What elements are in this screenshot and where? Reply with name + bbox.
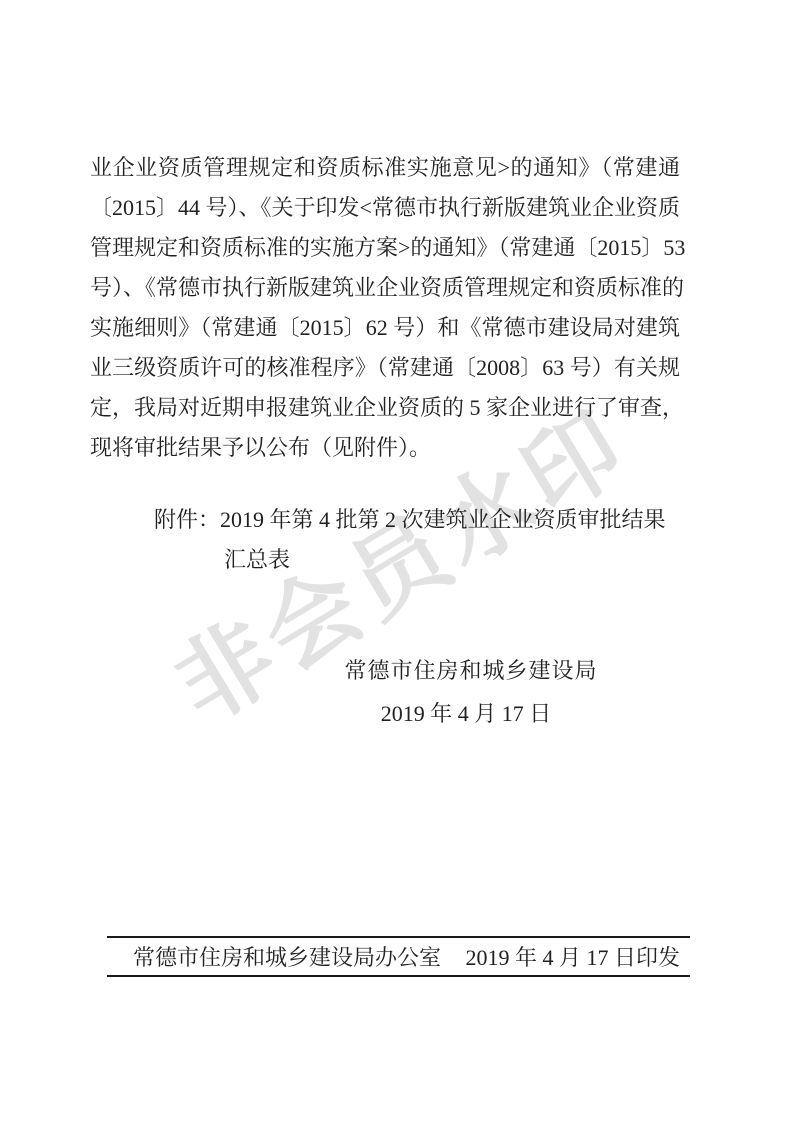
body-line: 定，我局对近期申报建筑业企业资质的 5 家企业进行了审查， [90, 388, 680, 428]
body-line: 管理规定和资质标准的实施方案>的通知》（常建通〔2015〕53 [90, 228, 680, 268]
body-line: 号）、《常德市执行新版建筑业企业资质管理规定和资质标准的 [90, 268, 680, 308]
body-paragraph: 业企业资质管理规定和资质标准实施意见>的通知》（常建通 〔2015〕44 号）、… [90, 148, 680, 468]
footer-imprint-bar: 常德市住房和城乡建设局办公室 2019 年 4 月 17 日印发 [107, 936, 690, 977]
body-line: 业企业资质管理规定和资质标准实施意见>的通知》（常建通 [90, 148, 680, 188]
footer-print-date: 2019 年 4 月 17 日印发 [465, 941, 680, 972]
body-line: 〔2015〕44 号）、《关于印发<常德市执行新版建筑业企业资质 [90, 188, 680, 228]
body-line: 现将审批结果予以公布（见附件）。 [90, 428, 680, 468]
signature-agency: 常德市住房和城乡建设局 [344, 653, 597, 689]
attachment-reference: 附件：2019 年第 4 批第 2 次建筑业企业资质审批结果 汇总表 [90, 500, 690, 580]
document-page: 非会员水印 业企业资质管理规定和资质标准实施意见>的通知》（常建通 〔2015〕… [0, 0, 793, 1122]
signature-date: 2019 年 4 月 17 日 [381, 696, 552, 732]
body-line: 实施细则》（常建通〔2015〕62 号）和《常德市建设局对建筑 [90, 308, 680, 348]
attachment-title-line1: 附件：2019 年第 4 批第 2 次建筑业企业资质审批结果 [90, 500, 690, 540]
body-line: 业三级资质许可的核准程序》（常建通〔2008〕63 号）有关规 [90, 348, 680, 388]
attachment-title-line2: 汇总表 [90, 540, 690, 580]
footer-issuing-office: 常德市住房和城乡建设局办公室 [133, 941, 441, 972]
